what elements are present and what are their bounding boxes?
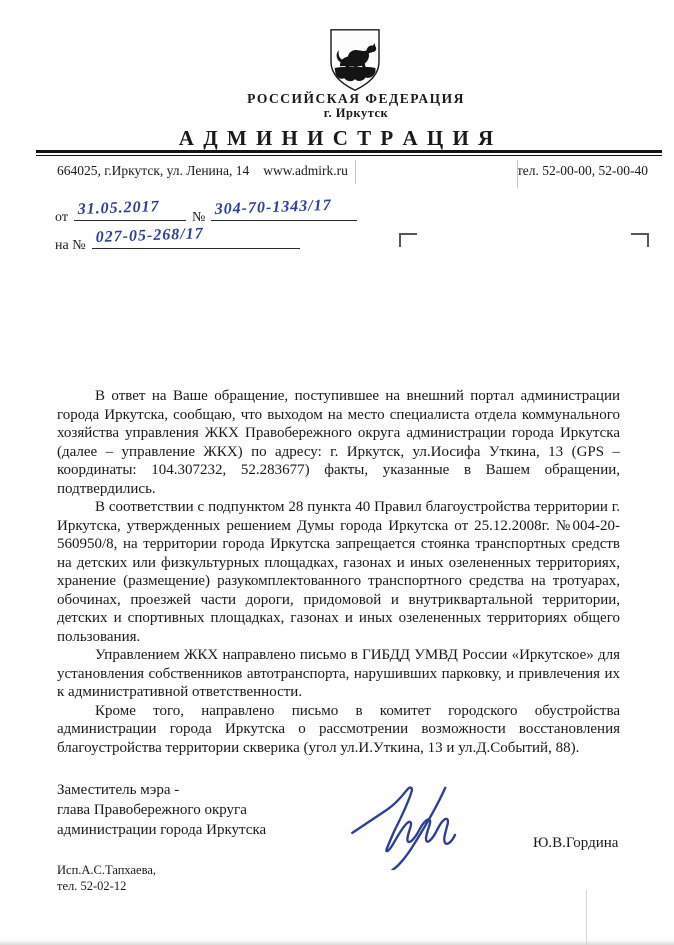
website-text: www.admirk.ru [263, 163, 348, 178]
date-blank-line: 31.05.2017 [74, 203, 186, 221]
body-paragraph: Управлением ЖКХ направлено письмо в ГИБД… [57, 646, 620, 702]
reference-line-reply: на №027-05-268/17 [55, 231, 300, 254]
letterhead-double-rule [36, 150, 662, 156]
signer-position-line: глава Правобережного округа [57, 800, 266, 820]
handwritten-outgoing-number: 304-70-1343/17 [215, 197, 333, 219]
from-label: от [55, 210, 68, 225]
signature-scribble-icon [345, 782, 475, 870]
signer-name: Ю.В.Гордина [533, 835, 618, 852]
header-city-name: г. Иркутск [197, 106, 515, 121]
handwritten-reply-number: 027-05-268/17 [95, 225, 204, 247]
scan-edge-right [586, 890, 587, 945]
body-paragraph: В ответ на Ваше обращение, поступившее н… [57, 387, 620, 498]
irkutsk-coat-of-arms-icon [327, 28, 383, 92]
reply-blank-line: 027-05-268/17 [92, 231, 300, 249]
signer-position: Заместитель мэра - глава Правобережного … [57, 780, 266, 840]
number-label: № [192, 210, 205, 225]
body-paragraph: Кроме того, направлено письмо в комитет … [57, 702, 620, 758]
organization-title: А Д М И Н И С Т Р А Ц И Я [0, 126, 674, 151]
addressee-corner-mark-left [399, 233, 417, 247]
number-blank-line: 304-70-1343/17 [211, 203, 357, 221]
reply-label: на № [55, 238, 86, 253]
executor-phone: тел. 52-02-12 [57, 878, 156, 894]
postal-address: 664025, г.Иркутск, ул. Ленина, 14 [57, 163, 249, 178]
signer-position-line: администрации города Иркутска [57, 820, 266, 840]
letter-body: В ответ на Ваше обращение, поступившее н… [57, 387, 620, 757]
body-paragraph: В соответствии с подпунктом 28 пункта 40… [57, 498, 620, 646]
organization-phone: тел. 52-00-00, 52-00-40 [517, 163, 648, 179]
handwritten-date: 31.05.2017 [77, 198, 160, 219]
letterhead-separator-line [355, 160, 356, 184]
scanned-letter-page: РОССИЙСКАЯ ФЕДЕРАЦИЯ г. Иркутск А Д М И … [0, 0, 674, 945]
scan-edge-bottom [0, 940, 674, 945]
reference-line-outgoing: от31.05.2017№304-70-1343/17 [55, 203, 357, 226]
signer-position-line: Заместитель мэра - [57, 780, 266, 800]
addressee-corner-mark-right [631, 233, 649, 247]
letterhead-separator-line [517, 160, 518, 188]
country-name: РОССИЙСКАЯ ФЕДЕРАЦИЯ [197, 91, 515, 107]
executor-name: Исп.А.С.Тапхаева, [57, 862, 156, 878]
organization-address: 664025, г.Иркутск, ул. Ленина, 14www.adm… [57, 163, 348, 179]
executor-block: Исп.А.С.Тапхаева, тел. 52-02-12 [57, 862, 156, 894]
